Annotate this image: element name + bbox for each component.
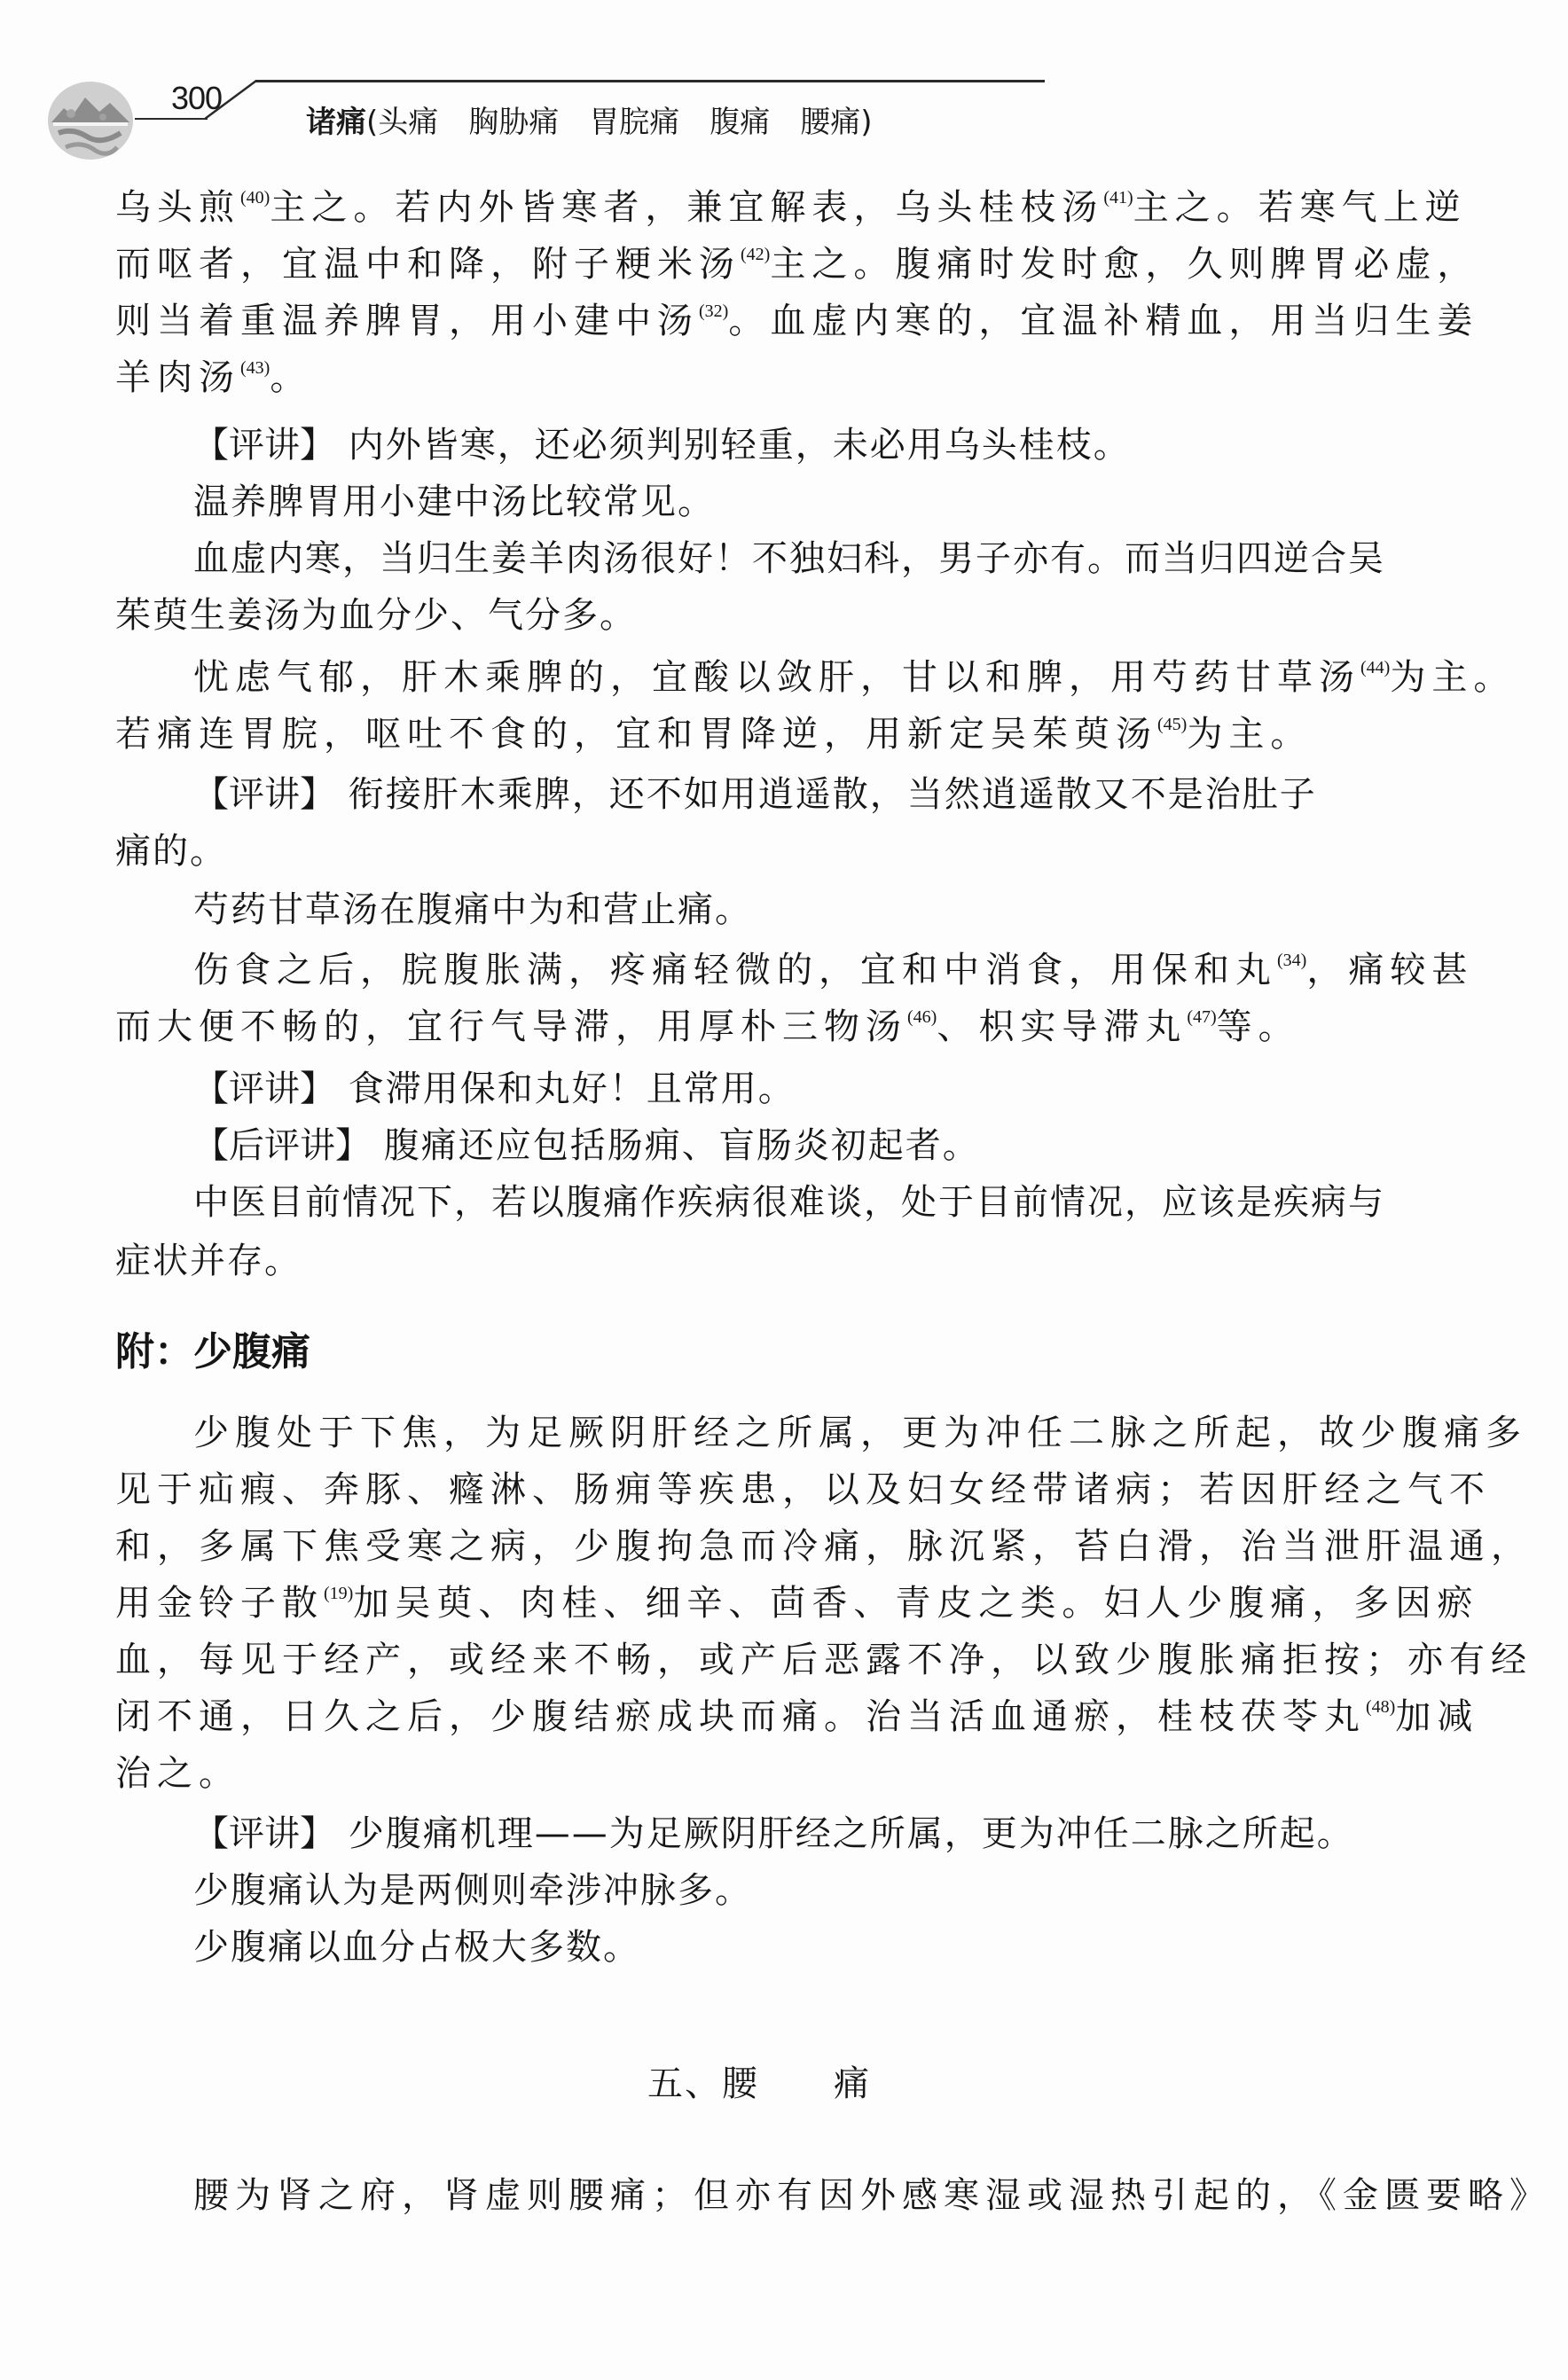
footnote-ref: (47) bbox=[1187, 1007, 1216, 1027]
section-heading: 五、腰 痛 bbox=[647, 2055, 871, 2106]
commentary-line: 少腹痛以血分占极大多数。 bbox=[193, 1926, 640, 1969]
running-header-title: 诸痛(头痛 胸胁痛 胃脘痛 腹痛 腰痛) bbox=[306, 98, 873, 141]
running-header-bold: 诸痛 bbox=[306, 105, 366, 140]
commentary-line: 芍药甘草汤在腹痛中为和营止痛。 bbox=[193, 889, 752, 931]
commentary-line: 【评讲】 少腹痛机理——为足厥阴肝经之所属，更为冲任二脉之所起。 bbox=[193, 1812, 1354, 1855]
commentary-tag: 【评讲】 bbox=[193, 425, 335, 466]
footnote-ref: (43) bbox=[240, 358, 270, 378]
subheading: 附：少腹痛 bbox=[115, 1319, 310, 1376]
commentary-line: 温养脾胃用小建中汤比较常见。 bbox=[193, 481, 715, 523]
commentary-line: 茱萸生姜汤为血分少、气分多。 bbox=[115, 594, 637, 637]
commentary-line: 痛的。 bbox=[115, 830, 227, 873]
decorative-emblem-icon bbox=[46, 78, 135, 163]
commentary-tag: 【评讲】 bbox=[193, 1813, 335, 1854]
footnote-ref: (48) bbox=[1366, 1697, 1395, 1717]
paragraph-line: 用金铃子散(19)加吴萸、肉桂、细辛、茴香、青皮之类。妇人少腹痛，多因瘀 bbox=[115, 1582, 1478, 1625]
footnote-ref: (46) bbox=[907, 1007, 937, 1027]
paragraph-line: 羊肉汤(43)。 bbox=[115, 356, 311, 399]
commentary-line: 【评讲】 内外皆寒，还必须判别轻重，未必用乌头桂枝。 bbox=[193, 424, 1131, 466]
paragraph-line: 治之。 bbox=[115, 1752, 240, 1795]
paragraph-line: 少腹处于下焦，为足厥阴肝经之所属，更为冲任二脉之所起，故少腹痛多 bbox=[193, 1412, 1527, 1454]
paragraph-line: 若痛连胃脘，呕吐不食的，宜和胃降逆，用新定吴茱萸汤(45)为主。 bbox=[115, 713, 1312, 755]
commentary-line: 【后评讲】 腹痛还应包括肠痈、盲肠炎初起者。 bbox=[193, 1124, 980, 1167]
commentary-tag: 【评讲】 bbox=[193, 774, 335, 815]
header-rule-slash bbox=[205, 80, 258, 121]
paragraph-line: 闭不通，日久之后，少腹结瘀成块而痛。治当活血通瘀，桂枝茯苓丸(48)加减 bbox=[115, 1695, 1478, 1738]
paragraph-line: 和，多属下焦受寒之病，少腹拘急而冷痛，脉沉紧，苔白滑，治当泄肝温通， bbox=[115, 1525, 1533, 1568]
commentary-line: 【评讲】 食滞用保和丸好！且常用。 bbox=[193, 1068, 796, 1110]
commentary-tag: 【评讲】 bbox=[193, 1069, 335, 1109]
commentary-line: 血虚内寒，当归生姜羊肉汤很好！不独妇科，男子亦有。而当归四逆合吴 bbox=[193, 537, 1385, 580]
paragraph-line: 血，每见于经产，或经来不畅，或产后恶露不净，以致少腹胀痛拒按；亦有经 bbox=[115, 1639, 1533, 1681]
paragraph-line: 腰为肾之府，肾虚则腰痛；但亦有因外感寒湿或湿热引起的，《金匮要略》 bbox=[193, 2174, 1551, 2217]
paragraph-line: 而大便不畅的，宜行气导滞，用厚朴三物汤(46)、枳实导滞丸(47)等。 bbox=[115, 1006, 1300, 1048]
footnote-ref: (42) bbox=[741, 245, 770, 264]
commentary-line: 【评讲】 衔接肝木乘脾，还不如用逍遥散，当然逍遥散又不是治肚子 bbox=[193, 773, 1317, 816]
paragraph-line: 伤食之后，脘腹胀满，疼痛轻微的，宜和中消食，用保和丸(34)，痛较甚 bbox=[193, 949, 1473, 991]
footnote-ref: (40) bbox=[240, 188, 270, 207]
footnote-ref: (41) bbox=[1103, 188, 1133, 207]
footnote-ref: (45) bbox=[1157, 715, 1187, 734]
paragraph-line: 而呕者，宜温中和降，附子粳米汤(42)主之。腹痛时发时愈，久则脾胃必虚， bbox=[115, 243, 1478, 286]
commentary-line: 少腹痛认为是两侧则牵涉冲脉多。 bbox=[193, 1869, 752, 1912]
book-page: 300 诸痛(头痛 胸胁痛 胃脘痛 腹痛 腰痛) 乌头煎(40)主之。若内外皆寒… bbox=[0, 0, 1568, 2380]
running-header-rest: (头痛 胸胁痛 胃脘痛 腹痛 腰痛) bbox=[366, 105, 873, 140]
post-commentary-tag: 【后评讲】 bbox=[193, 1125, 371, 1166]
paragraph-line: 忧虑气郁，肝木乘脾的，宜酸以敛肝，甘以和脾，用芍药甘草汤(44)为主。 bbox=[193, 656, 1515, 699]
paragraph-line: 乌头煎(40)主之。若内外皆寒者，兼宜解表，乌头桂枝汤(41)主之。若寒气上逆 bbox=[115, 186, 1467, 229]
paragraph-line: 则当着重温养脾胃，用小建中汤(32)。血虚内寒的，宜温补精血，用当归生姜 bbox=[115, 300, 1478, 342]
commentary-line: 症状并存。 bbox=[115, 1240, 302, 1282]
header-rule-upper bbox=[255, 80, 1045, 82]
footnote-ref: (44) bbox=[1360, 658, 1390, 677]
footnote-ref: (34) bbox=[1277, 951, 1306, 970]
footnote-ref: (19) bbox=[324, 1584, 353, 1603]
header-rule-lower bbox=[135, 118, 208, 120]
commentary-line: 中医目前情况下，若以腹痛作疾病很难谈，处于目前情况，应该是疾病与 bbox=[193, 1181, 1385, 1224]
paragraph-line: 见于疝瘕、奔豚、癃淋、肠痈等疾患，以及妇女经带诸病；若因肝经之气不 bbox=[115, 1468, 1491, 1511]
footnote-ref: (32) bbox=[699, 301, 728, 321]
